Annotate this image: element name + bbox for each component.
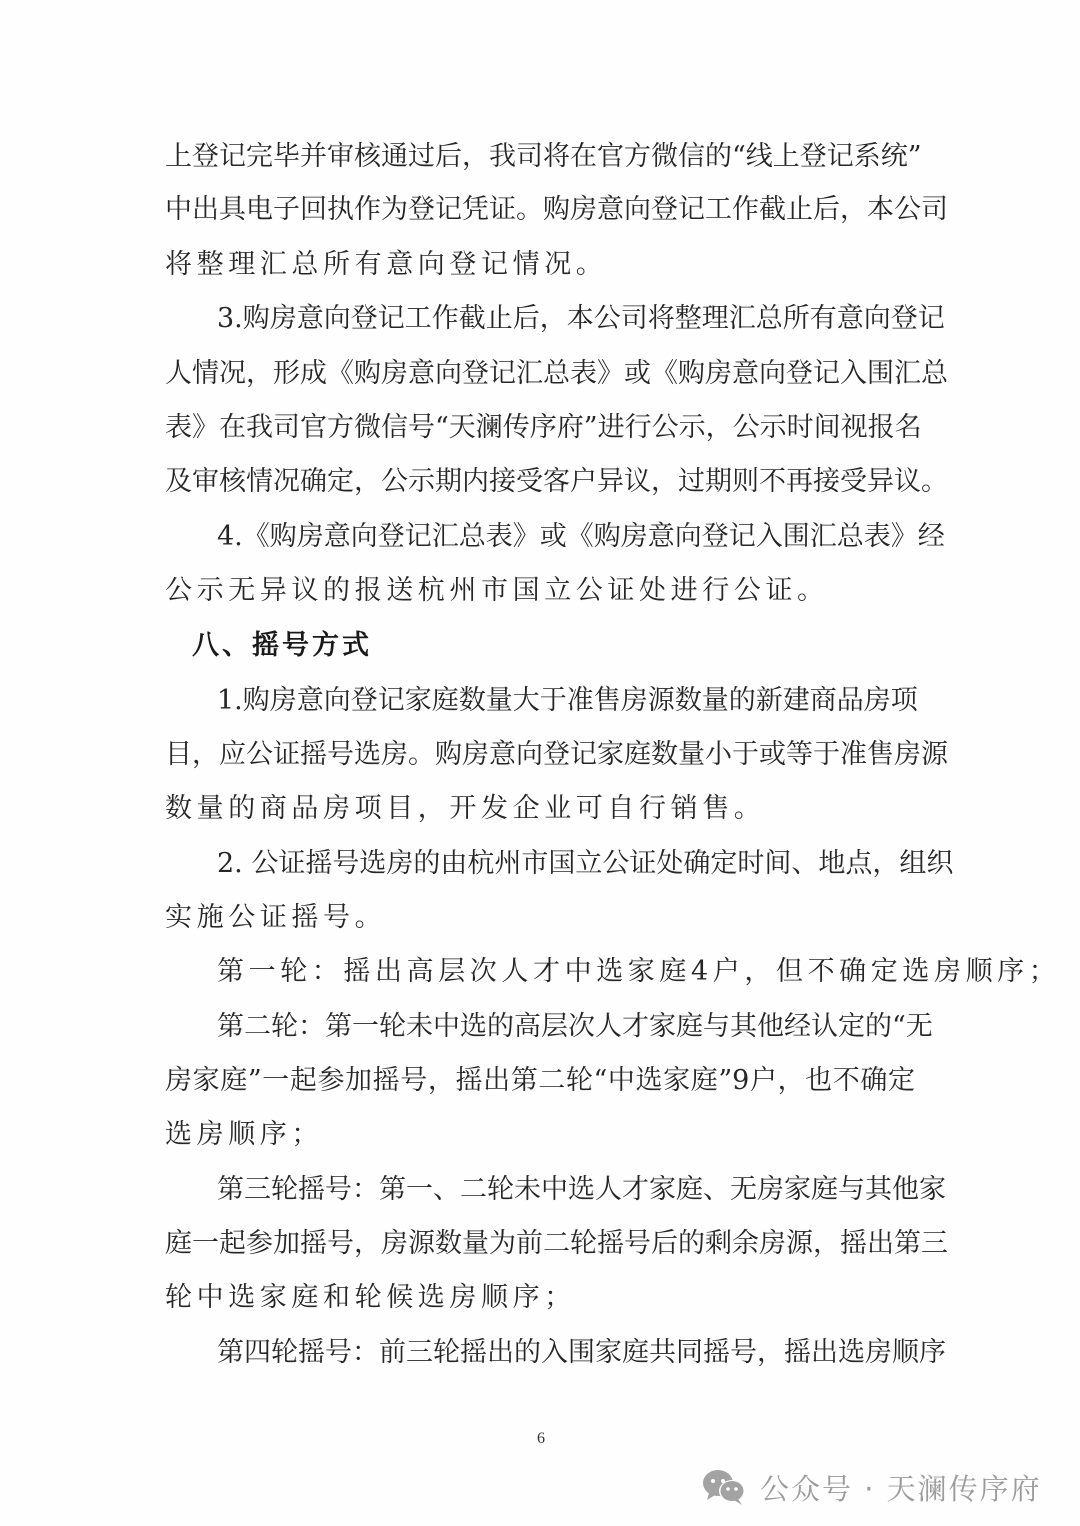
paragraph-line: 实施公证摇号。 (165, 901, 915, 935)
document-page: 上登记完毕并审核通过后，我司将在官方微信的“线上登记系统” 中出具电子回执作为登… (0, 0, 1080, 1526)
paragraph-line: 房家庭”一起参加摇号，摇出第二轮“中选家庭”9户，也不确定 (165, 1064, 915, 1098)
paragraph-line: 3.购房意向登记工作截止后，本公司将整理汇总所有意向登记 (217, 302, 915, 336)
paragraph-line: 轮中选家庭和轮候选房顺序； (165, 1281, 915, 1315)
wechat-icon (700, 1467, 750, 1507)
page-number: 6 (537, 1430, 545, 1448)
paragraph-line: 将整理汇总所有意向登记情况。 (165, 248, 915, 282)
paragraph-line: 及审核情况确定，公示期内接受客户异议，过期则不再接受异议。 (165, 465, 915, 499)
watermark-label: 公众号 · 天澜传序府 (760, 1467, 1042, 1508)
paragraph-line: 表》在我司官方微信号“天澜传序府”进行公示，公示时间视报名 (165, 411, 915, 445)
paragraph-line: 4.《购房意向登记汇总表》或《购房意向登记入围汇总表》经 (217, 520, 915, 554)
paragraph-line: 第四轮摇号：前三轮摇出的入围家庭共同摇号，摇出选房顺序 (217, 1336, 915, 1370)
paragraph-line: 选房顺序； (165, 1118, 915, 1152)
paragraph-line: 上登记完毕并审核通过后，我司将在官方微信的“线上登记系统” (165, 140, 915, 174)
paragraph-line: 数量的商品房项目，开发企业可自行销售。 (165, 792, 915, 826)
paragraph-line: 1.购房意向登记家庭数量大于准售房源数量的新建商品房项 (217, 684, 915, 718)
section-heading: 八、摇号方式 (192, 629, 372, 663)
paragraph-line: 人情况，形成《购房意向登记汇总表》或《购房意向登记入围汇总 (165, 357, 915, 391)
paragraph-line: 公示无异议的报送杭州市国立公证处进行公证。 (165, 574, 915, 608)
paragraph-line: 目，应公证摇号选房。购房意向登记家庭数量小于或等于准售房源 (165, 738, 915, 772)
paragraph-line: 庭一起参加摇号，房源数量为前二轮摇号后的剩余房源，摇出第三 (165, 1227, 915, 1261)
paragraph-line: 2. 公证摇号选房的由杭州市国立公证处确定时间、地点，组织 (217, 847, 915, 881)
paragraph-line: 第三轮摇号：第一、二轮未中选人才家庭、无房家庭与其他家 (217, 1173, 915, 1207)
paragraph-line: 中出具电子回执作为登记凭证。购房意向登记工作截止后，本公司 (165, 193, 915, 227)
paragraph-line: 第二轮：第一轮未中选的高层次人才家庭与其他经认定的“无 (217, 1010, 915, 1044)
wechat-watermark: 公众号 · 天澜传序府 (700, 1462, 1042, 1512)
paragraph-line: 第一轮：摇出高层次人才中选家庭4户，但不确定选房顺序； (217, 955, 915, 989)
